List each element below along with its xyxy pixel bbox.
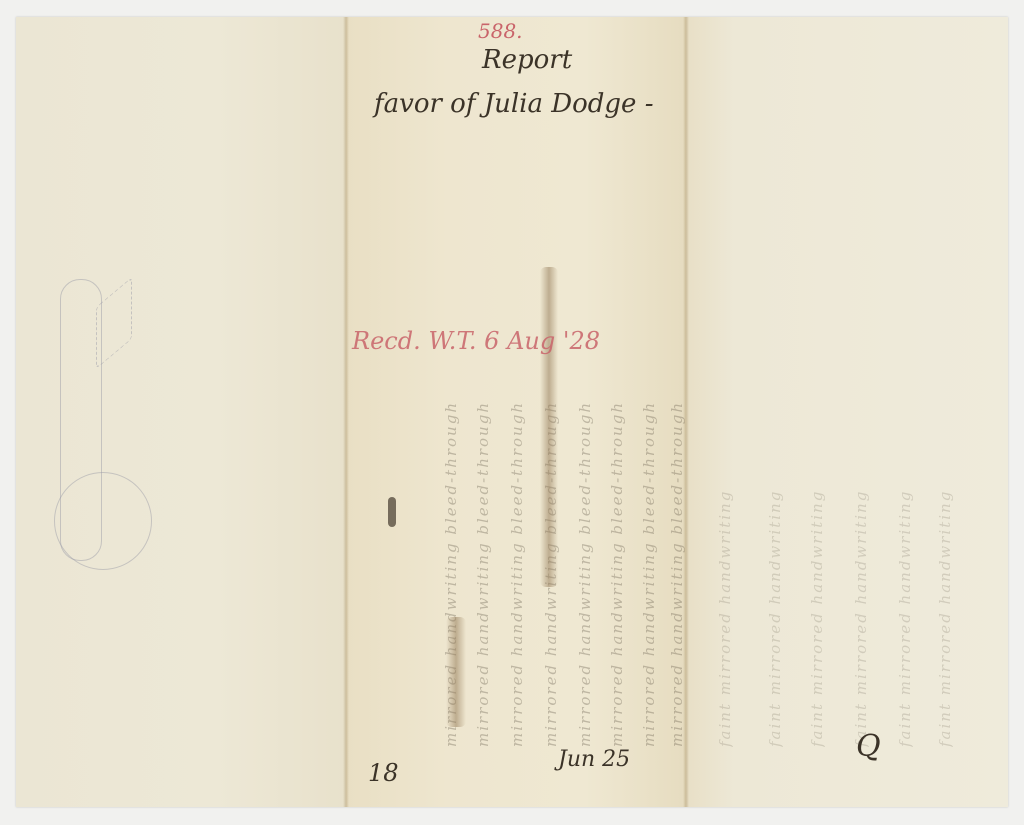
- bleed-line: faint mirrored handwriting: [808, 47, 826, 747]
- fold-line-left: [343, 17, 349, 807]
- ink-stain: [540, 267, 558, 587]
- bleed-line: mirrored handwriting bleed-through: [474, 47, 492, 747]
- left-panel: [16, 17, 346, 807]
- bleed-line: mirrored handwriting bleed-through: [508, 47, 526, 747]
- middle-panel: mirrored handwriting bleed-through mirro…: [346, 17, 686, 807]
- page-number: 18: [368, 759, 399, 787]
- pencil-hatch-mark: [96, 277, 132, 369]
- bleed-line: faint mirrored handwriting: [896, 47, 914, 747]
- pencil-circle-mark: [54, 472, 152, 570]
- bleed-line: mirrored handwriting bleed-through: [608, 47, 626, 747]
- ink-blot: [388, 497, 396, 527]
- bleed-line: faint mirrored handwriting: [852, 47, 870, 747]
- fold-line-right: [683, 17, 689, 807]
- ink-stain: [446, 617, 466, 727]
- bleed-line: mirrored handwriting bleed-through: [640, 47, 658, 747]
- docket-subject: favor of Julia Dodge -: [374, 89, 654, 119]
- date-note: Jun 25: [558, 747, 630, 772]
- right-panel: faint mirrored handwriting faint mirrore…: [686, 17, 1008, 807]
- bleed-line: mirrored handwriting bleed-through: [576, 47, 594, 747]
- docket-title: Report: [482, 45, 572, 75]
- bleed-line: faint mirrored handwriting: [716, 47, 734, 747]
- document-sheet: mirrored handwriting bleed-through mirro…: [16, 17, 1008, 807]
- received-stamp: Recd. W.T. 6 Aug '28: [352, 327, 600, 355]
- bleed-line: faint mirrored handwriting: [936, 47, 954, 747]
- bleed-line: faint mirrored handwriting: [766, 47, 784, 747]
- corner-mark: Q: [856, 729, 881, 764]
- docket-number: 588.: [478, 19, 523, 43]
